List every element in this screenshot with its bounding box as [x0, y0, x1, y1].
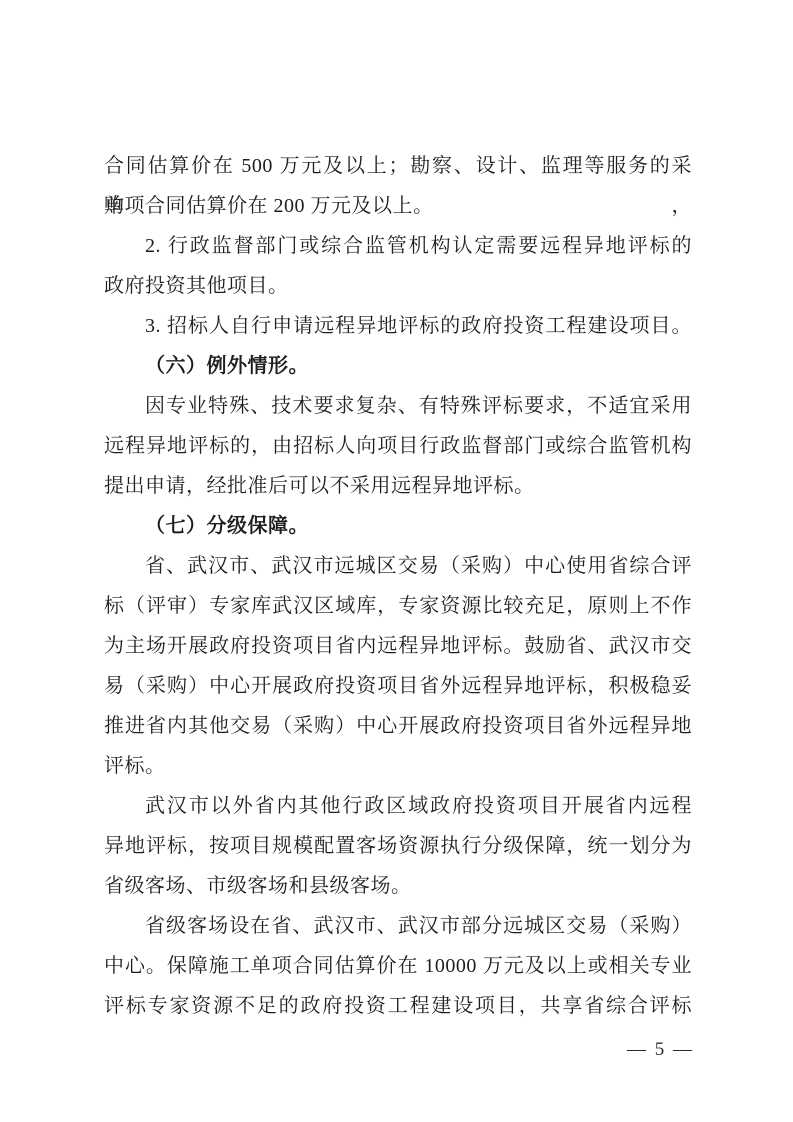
text-line: 标（评审）专家库武汉区域库，专家资源比较充足，原则上不作	[104, 586, 692, 626]
text-line: 2. 行政监督部门或综合监管机构认定需要远程异地评标的	[104, 226, 692, 266]
text-line: 评标专家资源不足的政府投资工程建设项目，共享省综合评标	[104, 986, 692, 1026]
text-line: 政府投资其他项目。	[104, 266, 692, 306]
text-line: 评标。	[104, 746, 692, 786]
text-line: 中心。保障施工单项合同估算价在 10000 万元及以上或相关专业	[104, 946, 692, 986]
text-line: 提出申请，经批准后可以不采用远程异地评标。	[104, 466, 692, 506]
document-body: 合同估算价在 500 万元及以上；勘察、设计、监理等服务的采购，单项合同估算价在…	[104, 146, 692, 1026]
text-line: 省级客场、市级客场和县级客场。	[104, 866, 692, 906]
text-line: （七）分级保障。	[104, 506, 692, 546]
text-line: 省、武汉市、武汉市远城区交易（采购）中心使用省综合评	[104, 546, 692, 586]
document-page: 合同估算价在 500 万元及以上；勘察、设计、监理等服务的采购，单项合同估算价在…	[0, 0, 793, 1122]
text-line: 因专业特殊、技术要求复杂、有特殊评标要求，不适宜采用	[104, 386, 692, 426]
text-line: 省级客场设在省、武汉市、武汉市部分远城区交易（采购）	[104, 906, 692, 946]
text-line: 为主场开展政府投资项目省内远程异地评标。鼓励省、武汉市交	[104, 626, 692, 666]
text-line: 3. 招标人自行申请远程异地评标的政府投资工程建设项目。	[104, 306, 692, 346]
text-line: 合同估算价在 500 万元及以上；勘察、设计、监理等服务的采购，	[104, 146, 692, 186]
text-line: 推进省内其他交易（采购）中心开展政府投资项目省外远程异地	[104, 706, 692, 746]
text-line: 武汉市以外省内其他行政区域政府投资项目开展省内远程	[104, 786, 692, 826]
text-line: 远程异地评标的，由招标人向项目行政监督部门或综合监管机构	[104, 426, 692, 466]
page-number: — 5 —	[104, 1036, 694, 1064]
text-line: 异地评标，按项目规模配置客场资源执行分级保障，统一划分为	[104, 826, 692, 866]
text-line: （六）例外情形。	[104, 346, 692, 386]
text-line: 易（采购）中心开展政府投资项目省外远程异地评标，积极稳妥	[104, 666, 692, 706]
